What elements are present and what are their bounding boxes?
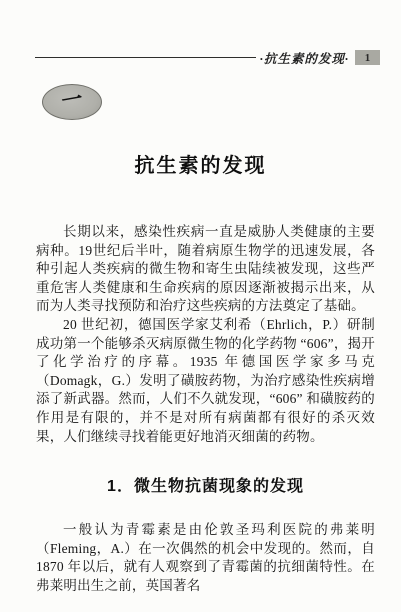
book-page: ·抗生素的发现· 1 一 抗生素的发现 长期以来，感染性疾病一直是威胁人类健康的… — [0, 0, 401, 612]
page-number-badge: 1 — [355, 50, 380, 65]
paragraph-2: 20 世纪初，德国医学家艾利希（Ehrlich，P.）研制成功第一个能够杀灭病原… — [36, 316, 375, 446]
paragraph-3: 一般认为青霉素是由伦敦圣玛利医院的弗莱明（Fleming，A.）在一次偶然的机会… — [36, 521, 375, 595]
chapter-number: 一 — [59, 88, 83, 112]
paragraph-1: 长期以来，感染性疾病一直是威胁人类健康的主要病种。19世纪后半叶，随着病原生物学… — [36, 223, 375, 316]
running-title: ·抗生素的发现· — [260, 49, 349, 67]
chapter-marker-oval: 一 — [42, 84, 102, 120]
running-header: ·抗生素的发现· 1 — [35, 49, 380, 66]
chapter-title: 抗生素的发现 — [0, 149, 401, 178]
section-heading: 1．微生物抗菌现象的发现 — [36, 473, 375, 496]
header-rule — [35, 57, 256, 58]
body-text: 长期以来，感染性疾病一直是威胁人类健康的主要病种。19世纪后半叶，随着病原生物学… — [36, 223, 375, 596]
